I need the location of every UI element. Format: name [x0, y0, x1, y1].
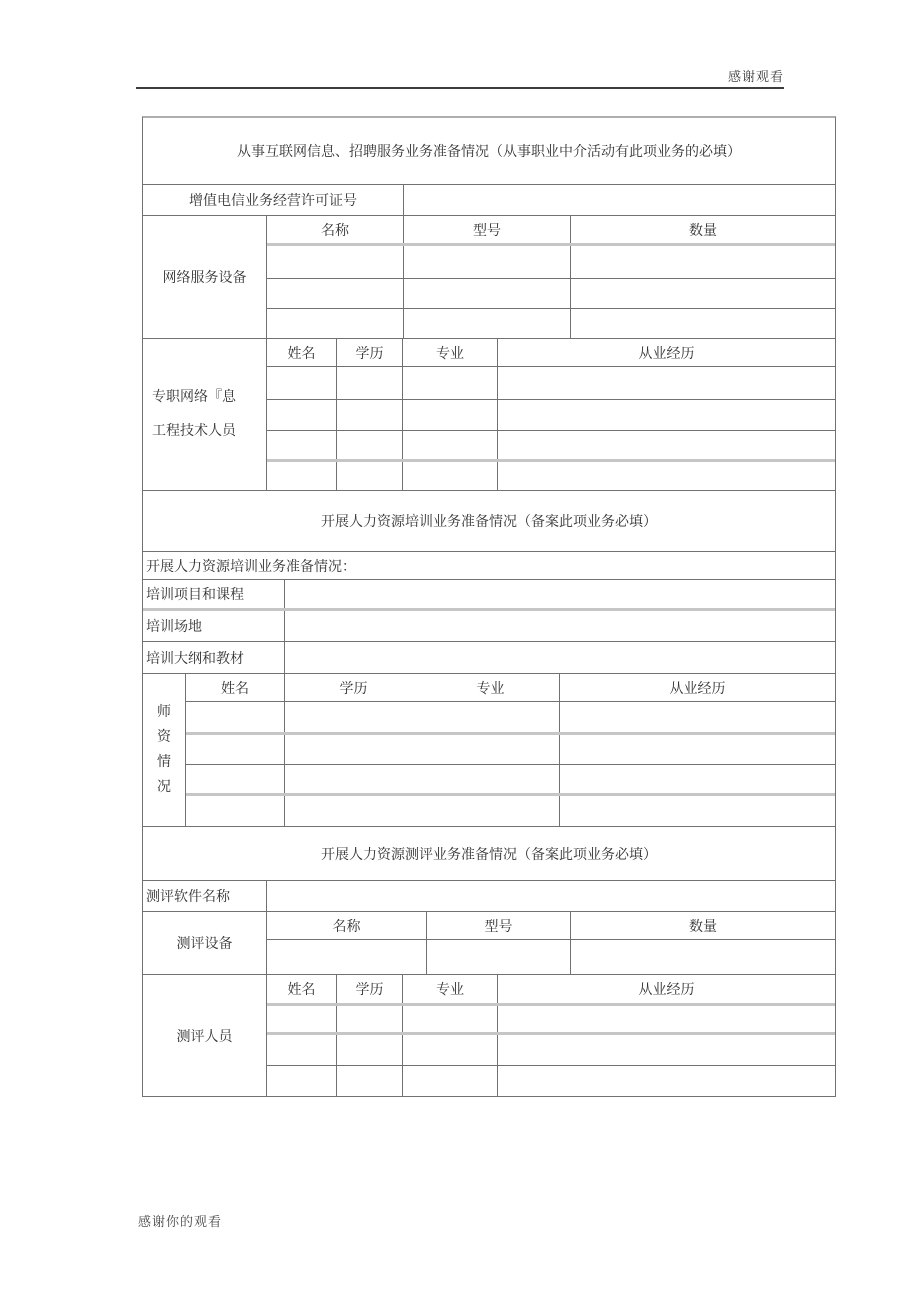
network-staff-empty-row	[267, 431, 835, 462]
empty-cell[interactable]	[427, 940, 571, 974]
training-field-row: 培训场地	[143, 611, 835, 642]
section-assessment-title-row: 开展人力资源测评业务准备情况（备案此项业务必填）	[143, 827, 835, 881]
network-equipment-empty-row	[267, 246, 835, 279]
empty-cell[interactable]	[403, 400, 498, 430]
teachers-empty-row	[186, 735, 835, 765]
training-subtitle-row: 开展人力资源培训业务准备情况：	[143, 552, 835, 580]
empty-cell[interactable]	[403, 431, 498, 459]
empty-cell[interactable]	[498, 431, 835, 459]
assessment-equipment-header-row: 名称 型号 数量	[267, 912, 835, 940]
col-header-education: 学历	[337, 339, 403, 366]
network-equipment-header-row: 名称 型号 数量	[267, 216, 835, 246]
empty-cell[interactable]	[186, 796, 285, 826]
teachers-edu-major-header-cell: 学历 专业	[285, 674, 560, 701]
network-staff-header-row: 姓名 学历 专业 从业经历	[267, 339, 835, 367]
assessment-staff-empty-row	[267, 1035, 835, 1066]
col-header-name: 姓名	[267, 339, 337, 366]
training-field-row: 培训大纲和教材	[143, 642, 835, 674]
empty-cell[interactable]	[498, 462, 835, 490]
assessment-equipment-block: 测评设备 名称 型号 数量	[143, 912, 835, 975]
network-staff-block: 专职网络『息 工程技术人员 姓名 学历 专业 从业经历	[143, 339, 835, 491]
empty-cell[interactable]	[404, 309, 571, 338]
empty-cell[interactable]	[403, 1066, 498, 1096]
training-courses-label: 培训项目和课程	[143, 580, 285, 608]
empty-cell[interactable]	[571, 246, 835, 278]
empty-cell[interactable]	[267, 309, 404, 338]
col-header-major: 专业	[422, 678, 559, 698]
col-header-quantity: 数量	[571, 216, 835, 243]
assessment-staff-header-row: 姓名 学历 专业 从业经历	[267, 975, 835, 1006]
empty-cell[interactable]	[560, 796, 835, 826]
section-internet-title-row: 从事互联网信息、招聘服务业务准备情况（从事职业中介活动有此项业务的必填）	[143, 118, 835, 185]
telecom-license-value-cell[interactable]	[404, 185, 835, 215]
header-rule	[136, 87, 784, 89]
network-staff-empty-row	[267, 367, 835, 400]
empty-cell[interactable]	[337, 1066, 403, 1096]
section-training-title-row: 开展人力资源培训业务准备情况（备案此项业务必填）	[143, 491, 835, 552]
empty-cell[interactable]	[404, 246, 571, 278]
business-preparation-form-table: 从事互联网信息、招聘服务业务准备情况（从事职业中介活动有此项业务的必填） 增值电…	[142, 116, 836, 1097]
col-header-model: 型号	[404, 216, 571, 243]
empty-cell[interactable]	[560, 765, 835, 793]
col-header-experience: 从业经历	[560, 674, 835, 701]
empty-cell[interactable]	[498, 1006, 835, 1032]
empty-cell[interactable]	[267, 1035, 337, 1065]
section-training-title: 开展人力资源培训业务准备情况（备案此项业务必填）	[321, 511, 657, 531]
training-courses-value-cell[interactable]	[285, 580, 835, 608]
empty-cell[interactable]	[267, 1066, 337, 1096]
empty-cell[interactable]	[403, 1035, 498, 1065]
empty-cell[interactable]	[498, 1066, 835, 1096]
teachers-empty-row	[186, 796, 835, 826]
col-header-quantity: 数量	[571, 912, 835, 939]
section-internet-title: 从事互联网信息、招聘服务业务准备情况（从事职业中介活动有此项业务的必填）	[237, 141, 741, 161]
telecom-license-row: 增值电信业务经营许可证号	[143, 185, 835, 216]
training-field-row: 培训项目和课程	[143, 580, 835, 611]
col-header-major: 专业	[403, 339, 498, 366]
col-header-name: 姓名	[186, 674, 285, 701]
empty-cell[interactable]	[267, 367, 337, 399]
teachers-label: 师 资 情 况	[143, 674, 186, 826]
col-header-name: 姓名	[267, 975, 337, 1003]
assessment-software-row: 测评软件名称	[143, 881, 835, 912]
empty-cell[interactable]	[498, 367, 835, 399]
assessment-staff-empty-row	[267, 1006, 835, 1035]
empty-cell[interactable]	[285, 796, 560, 826]
empty-cell[interactable]	[498, 1035, 835, 1065]
teachers-empty-row	[186, 702, 835, 735]
network-equipment-block: 网络服务设备 名称 型号 数量	[143, 216, 835, 339]
empty-cell[interactable]	[337, 1035, 403, 1065]
empty-cell[interactable]	[337, 400, 403, 430]
teachers-label-text: 师 资 情 况	[157, 700, 171, 800]
empty-cell[interactable]	[571, 279, 835, 308]
network-staff-empty-row	[267, 462, 835, 490]
assessment-staff-block: 测评人员 姓名 学历 专业 从业经历	[143, 975, 835, 1096]
empty-cell[interactable]	[571, 309, 835, 338]
empty-cell[interactable]	[560, 735, 835, 764]
empty-cell[interactable]	[337, 462, 403, 490]
col-header-model: 型号	[427, 912, 571, 939]
network-staff-label: 专职网络『息 工程技术人员	[143, 339, 267, 490]
empty-cell[interactable]	[337, 1006, 403, 1032]
training-syllabus-label: 培训大纲和教材	[143, 642, 285, 673]
col-header-education: 学历	[285, 678, 422, 698]
telecom-license-label: 增值电信业务经营许可证号	[143, 185, 404, 215]
network-equipment-empty-row	[267, 279, 835, 309]
training-subtitle: 开展人力资源培训业务准备情况：	[143, 552, 835, 579]
empty-cell[interactable]	[403, 1006, 498, 1032]
network-staff-label-text: 专职网络『息 工程技术人员	[143, 381, 266, 449]
col-header-education: 学历	[337, 975, 403, 1003]
empty-cell[interactable]	[186, 702, 285, 732]
col-header-name: 名称	[267, 216, 404, 243]
bottom-note: 感谢你的观看	[138, 1211, 222, 1230]
empty-cell[interactable]	[267, 400, 337, 430]
empty-cell[interactable]	[186, 735, 285, 764]
assessment-staff-label: 测评人员	[143, 975, 267, 1096]
col-header-name: 名称	[267, 912, 427, 939]
col-header-experience: 从业经历	[498, 339, 835, 366]
empty-cell[interactable]	[285, 702, 560, 732]
empty-cell[interactable]	[267, 279, 404, 308]
training-syllabus-value-cell[interactable]	[285, 642, 835, 673]
empty-cell[interactable]	[403, 462, 498, 490]
empty-cell[interactable]	[571, 940, 835, 974]
col-header-experience: 从业经历	[498, 975, 835, 1003]
teachers-block: 师 资 情 况 姓名 学历 专业 从业经历	[143, 674, 835, 827]
empty-cell[interactable]	[560, 702, 835, 732]
empty-cell[interactable]	[337, 367, 403, 399]
empty-cell[interactable]	[267, 462, 337, 490]
top-right-note: 感谢观看	[484, 66, 784, 85]
empty-cell[interactable]	[404, 279, 571, 308]
network-staff-empty-row	[267, 400, 835, 431]
assessment-staff-empty-row	[267, 1066, 835, 1096]
teachers-header-row: 姓名 学历 专业 从业经历	[186, 674, 835, 702]
training-venue-label: 培训场地	[143, 611, 285, 641]
empty-cell[interactable]	[267, 940, 427, 974]
empty-cell[interactable]	[267, 246, 404, 278]
assessment-software-label: 测评软件名称	[143, 881, 267, 911]
col-header-major: 专业	[403, 975, 498, 1003]
empty-cell[interactable]	[285, 735, 560, 764]
assessment-equipment-empty-row	[267, 940, 835, 974]
assessment-equipment-label: 测评设备	[143, 912, 267, 974]
teachers-empty-row	[186, 765, 835, 796]
empty-cell[interactable]	[186, 765, 285, 793]
network-equipment-empty-row	[267, 309, 835, 338]
training-venue-value-cell[interactable]	[285, 611, 835, 641]
empty-cell[interactable]	[285, 765, 560, 793]
empty-cell[interactable]	[267, 431, 337, 459]
empty-cell[interactable]	[337, 431, 403, 459]
section-assessment-title: 开展人力资源测评业务准备情况（备案此项业务必填）	[321, 844, 657, 864]
empty-cell[interactable]	[403, 367, 498, 399]
assessment-software-value-cell[interactable]	[267, 881, 835, 911]
empty-cell[interactable]	[498, 400, 835, 430]
network-equipment-label: 网络服务设备	[143, 216, 267, 338]
empty-cell[interactable]	[267, 1006, 337, 1032]
